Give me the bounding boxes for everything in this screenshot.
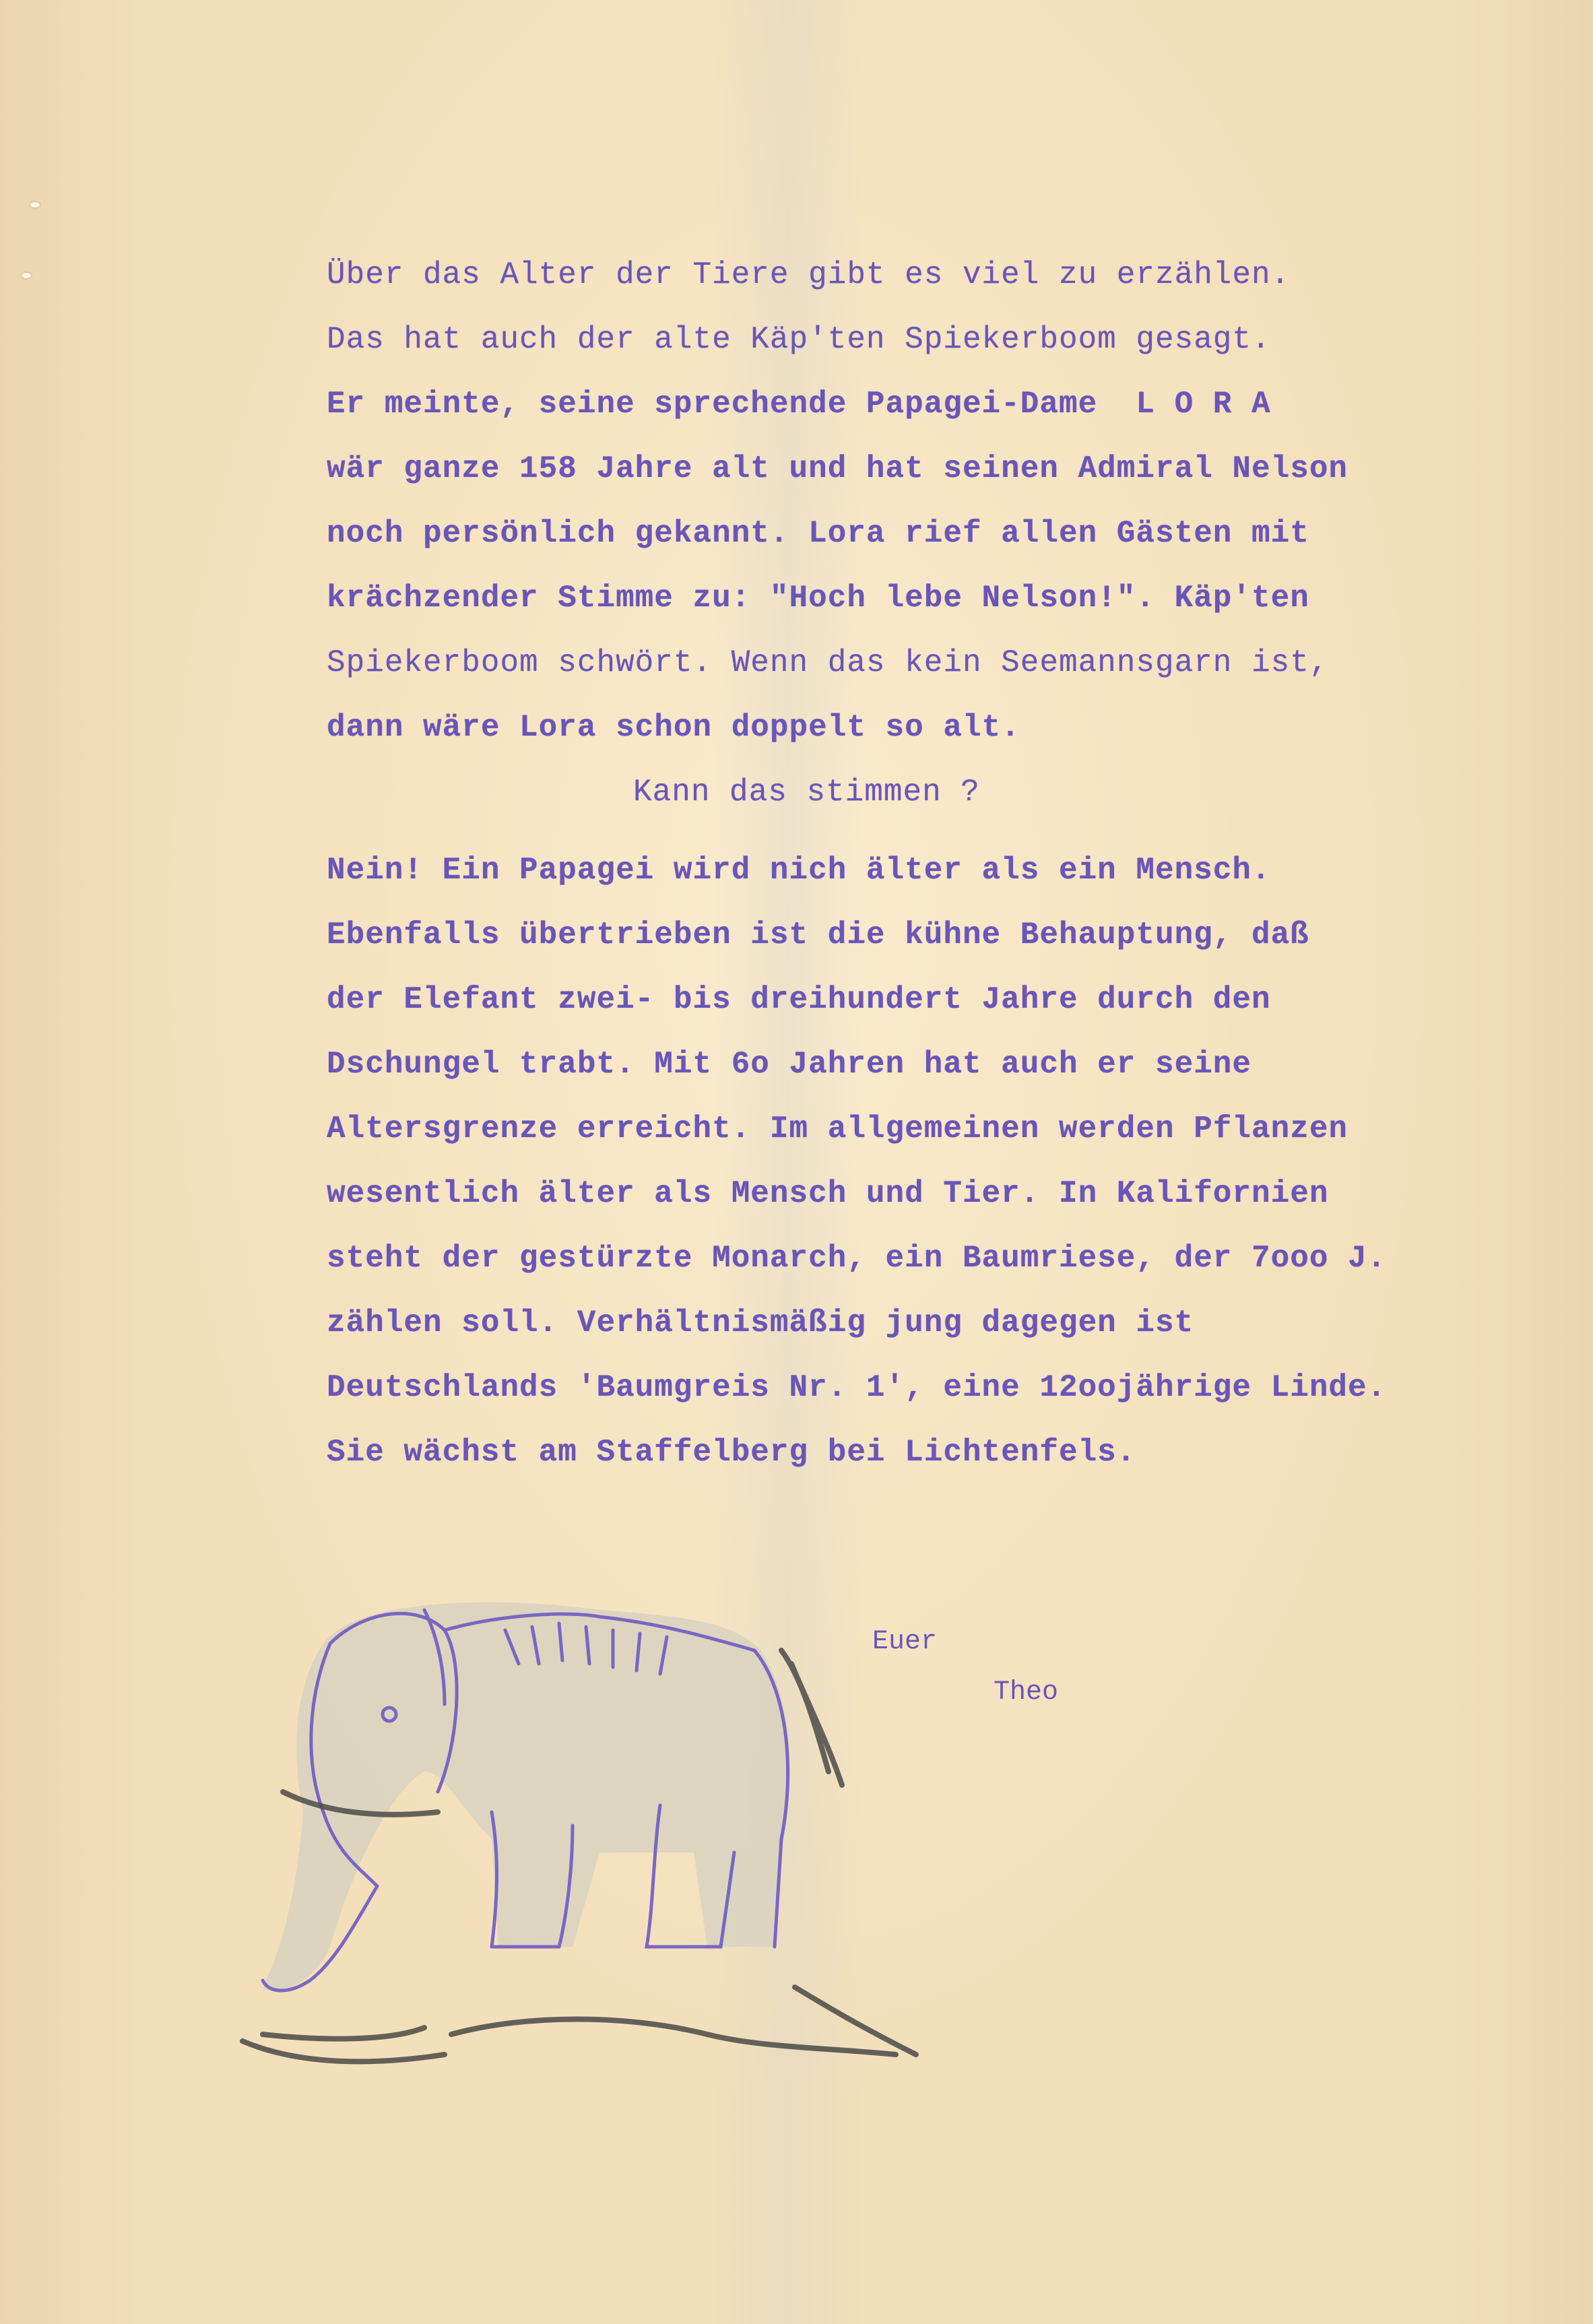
text-line: Über das Alter der Tiere gibt es viel zu… <box>327 243 1472 307</box>
text-line: steht der gestürzte Monarch, ein Baumrie… <box>327 1226 1472 1291</box>
text-line: Deutschlands 'Baumgreis Nr. 1', eine 12o… <box>327 1355 1472 1420</box>
elephant-drawing-icon <box>222 1570 963 2108</box>
text-line: Ebenfalls übertrieben ist die kühne Beha… <box>327 903 1472 967</box>
closing-greeting: Euer <box>872 1627 937 1657</box>
text-line: wär ganze 158 Jahre alt und hat seinen A… <box>327 437 1472 501</box>
question-heading: Kann das stimmen ? <box>327 760 1472 825</box>
text-line: der Elefant zwei- bis dreihundert Jahre … <box>327 967 1472 1032</box>
paragraph-lora: Über das Alter der Tiere gibt es viel zu… <box>327 243 1472 760</box>
paragraph-answer: Nein! Ein Papagei wird nich älter als ei… <box>327 838 1472 1485</box>
signature-name: Theo <box>994 1677 1058 1708</box>
text-line: Dschungel trabt. Mit 6o Jahren hat auch … <box>327 1032 1472 1097</box>
text-line: zählen soll. Verhältnismäßig jung dagege… <box>327 1291 1472 1355</box>
text-line: wesentlich älter als Mensch und Tier. In… <box>327 1161 1472 1226</box>
text-line: dann wäre Lora schon doppelt so alt. <box>327 695 1472 760</box>
text-line: Altersgrenze erreicht. Im allgemeinen we… <box>327 1097 1472 1161</box>
text-line: Nein! Ein Papagei wird nich älter als ei… <box>327 838 1472 903</box>
punch-hole-mark <box>22 273 31 278</box>
typed-letter-body: Über das Alter der Tiere gibt es viel zu… <box>327 243 1472 1485</box>
text-line: Spiekerboom schwört. Wenn das kein Seema… <box>327 631 1472 695</box>
text-line: Er meinte, seine sprechende Papagei-Dame… <box>327 372 1472 437</box>
text-line: noch persönlich gekannt. Lora rief allen… <box>327 501 1472 566</box>
text-line: Das hat auch der alte Käp'ten Spiekerboo… <box>327 307 1472 372</box>
punch-hole-mark <box>30 202 40 207</box>
text-line: Sie wächst am Staffelberg bei Lichtenfel… <box>327 1420 1472 1485</box>
text-line: krächzender Stimme zu: "Hoch lebe Nelson… <box>327 566 1472 631</box>
